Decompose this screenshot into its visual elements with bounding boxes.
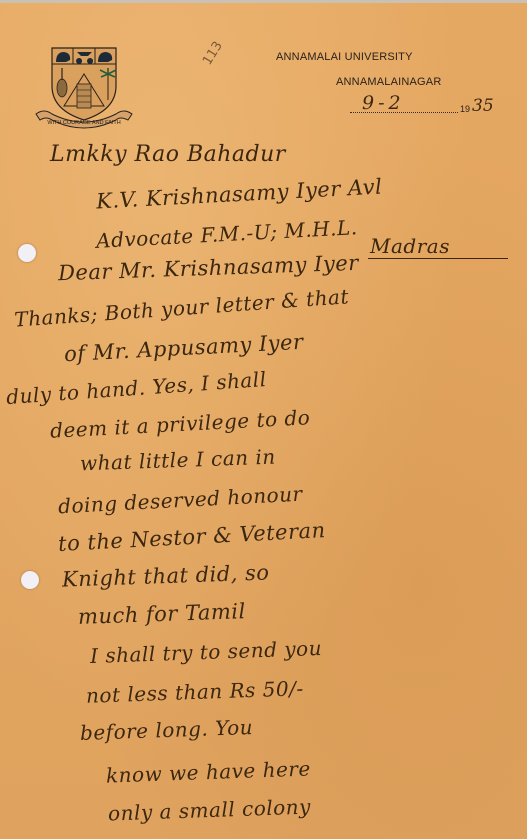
letter-page: WITH COURAGE AND FAITH 113 ANNAMALAI UNI… [0, 0, 527, 839]
handwritten-line: deem it a privilege to do [50, 405, 311, 443]
handwritten-line: much for Tamil [78, 599, 247, 629]
date-day-month: 9-2 [362, 92, 405, 114]
handwritten-line: only a small colony [108, 794, 312, 825]
handwritten-line: not less than Rs 50/- [86, 676, 304, 708]
date-year-prefix: 19 [460, 104, 470, 114]
handwritten-line: of Mr. Appusamy Iyer [64, 330, 305, 367]
folio-number: 113 [200, 39, 226, 68]
handwritten-line: Knight that did, so [62, 560, 270, 591]
scan-top-edge [0, 0, 527, 3]
handwritten-line: Advocate F.M.-U; M.H.L. [96, 215, 359, 253]
handwritten-line: before long. You [80, 715, 254, 745]
letterhead-town: ANNAMALAINAGAR [336, 76, 442, 88]
letterhead-university: ANNAMALAI UNIVERSITY [276, 51, 413, 63]
handwritten-line: duly to hand. Yes, I shall [5, 367, 267, 409]
handwritten-line: to the Nestor & Veteran [58, 518, 327, 556]
handwritten-line: know we have here [106, 756, 311, 787]
handwritten-line: I shall try to send you [90, 636, 323, 668]
university-crest-icon: WITH COURAGE AND FAITH [32, 44, 136, 134]
handwritten-line: Madras [370, 234, 450, 258]
punch-hole-bottom [21, 571, 39, 589]
handwritten-line: Lmkky Rao Bahadur [50, 142, 286, 167]
handwritten-line: doing deserved honour [58, 482, 304, 519]
madras-underline [368, 258, 508, 259]
handwritten-line: what little I can in [80, 445, 276, 476]
handwritten-line: K.V. Krishnasamy Iyer Avl [96, 175, 383, 214]
date-year-suffix: 35 [472, 96, 494, 116]
handwritten-line: Dear Mr. Krishnasamy Iyer [58, 251, 359, 285]
crest-motto: WITH COURAGE AND FAITH [47, 120, 120, 126]
punch-hole-top [18, 244, 36, 262]
handwritten-line: Thanks; Both your letter & that [14, 284, 350, 331]
